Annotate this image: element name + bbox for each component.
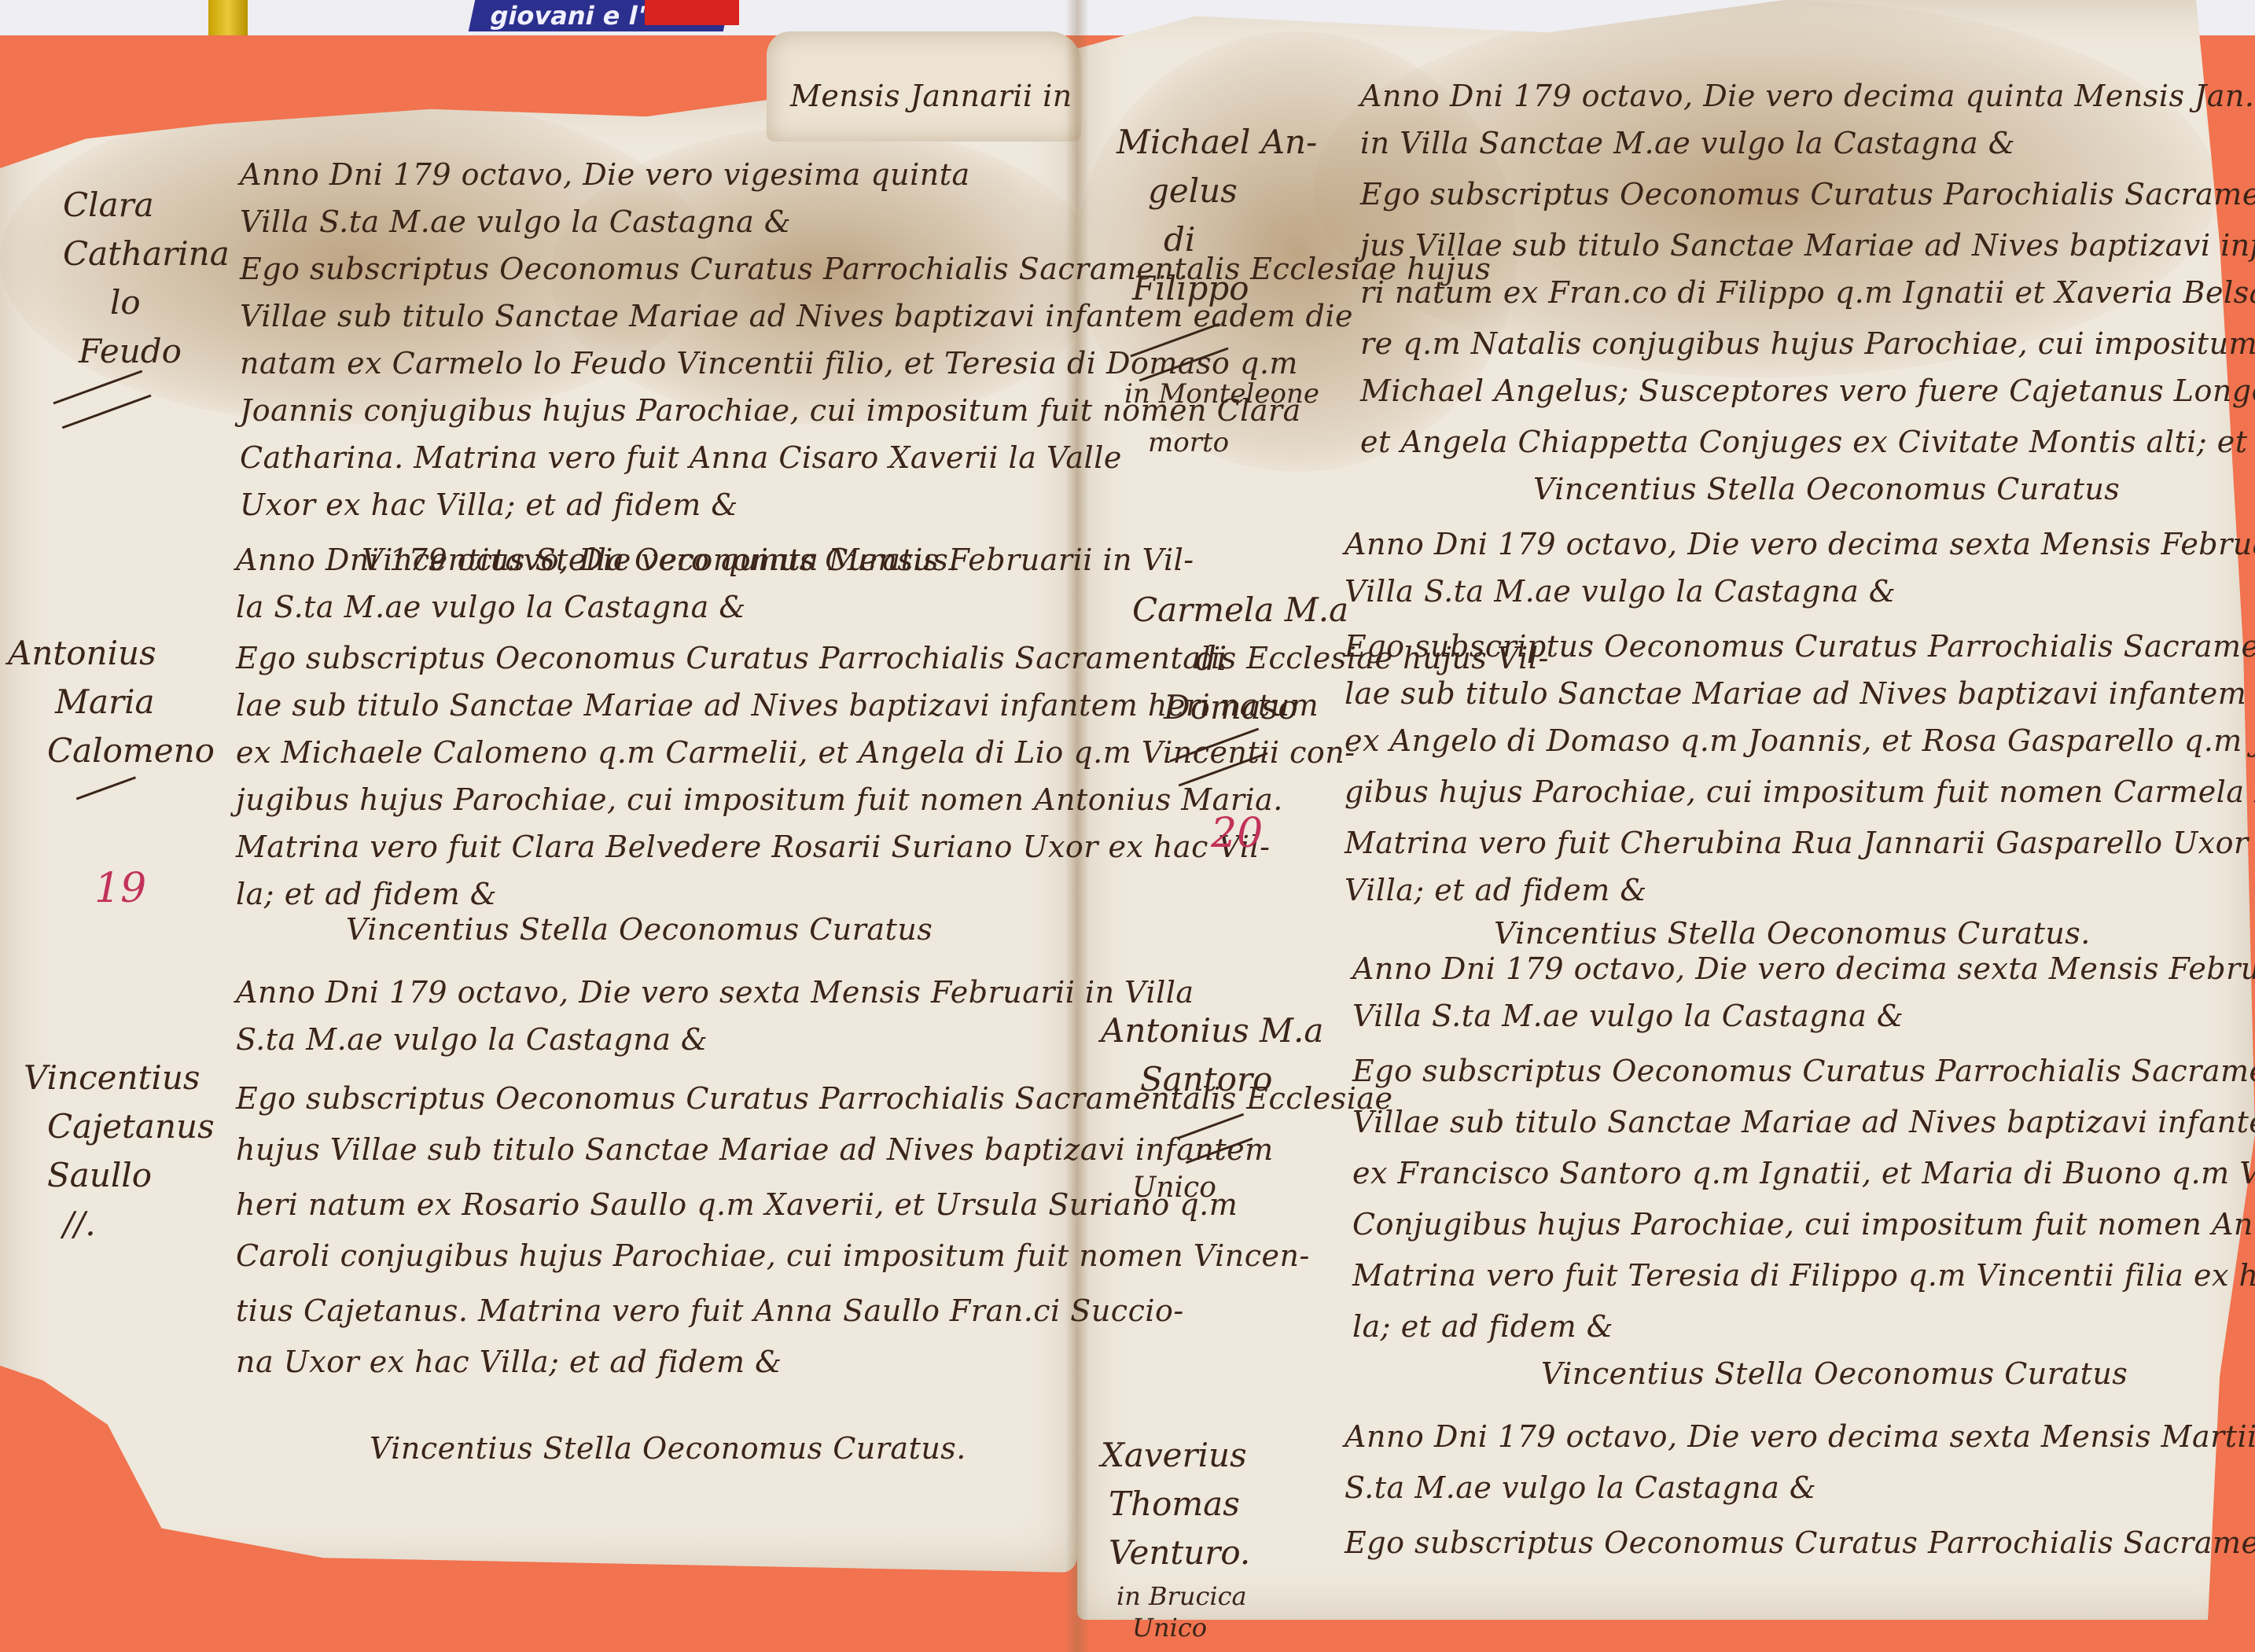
margin-note: in Monteleone morto [1124, 370, 1319, 467]
margin-name: Carmela M.a di Domaso [1132, 586, 1348, 732]
margin-name: Clara Catharina lo Feudo [63, 181, 230, 376]
background-poster-red [645, 0, 739, 25]
margin-name: Michael An- gelus di Filippo [1116, 118, 1317, 313]
signature: Vincentius Stella Oeconomus Curatus. [370, 1431, 966, 1466]
signature: Vincentius Stella Oeconomus Curatus. [1494, 916, 2091, 951]
signature: Vincentius Stella Oeconomus Curatus [346, 912, 933, 947]
signature: Vincentius Stella Oeconomus Curatus [1533, 472, 2120, 506]
book-spine [1065, 0, 1089, 1652]
flap-text: Mensis Jannarii in [790, 79, 1072, 113]
torn-flap: Mensis Jannarii in [767, 31, 1081, 142]
margin-name: Vincentius Cajetanus Saullo //. [24, 1054, 215, 1249]
margin-note: Unico [1132, 1164, 1216, 1212]
margin-note: in Brucica Unico [1116, 1580, 1247, 1643]
margin-name: Antonius M.a Santoro [1101, 1006, 1323, 1104]
margin-name: Xaverius Thomas Venturo. [1101, 1431, 1250, 1577]
signature: Vincentius Stella Oeconomus Curatus [1541, 1356, 2128, 1391]
folio-number: 20 [1211, 810, 1263, 857]
folio-number: 19 [94, 865, 146, 912]
margin-name: Antonius Maria Calomeno [8, 629, 215, 775]
